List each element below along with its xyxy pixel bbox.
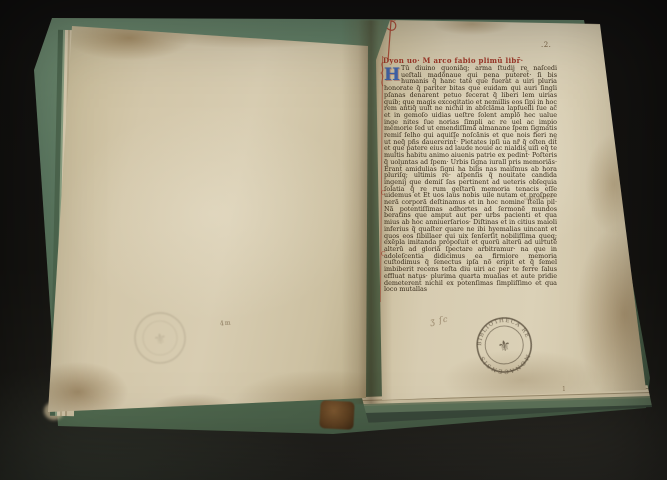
folio-number: .2.: [541, 41, 551, 49]
offset-stamp-ghost: ⚜: [128, 306, 193, 371]
red-ruling-line: [379, 56, 382, 302]
manuscript-body: HTū diuino quoniãq; arma ſtudij re naſce…: [384, 65, 557, 293]
svg-text:⚜: ⚜: [152, 329, 168, 349]
right-page-text: .2. Dyon uo· M arco fabio plimũ libr̃· H…: [372, 14, 648, 404]
corner-signature-mark: 1: [562, 386, 566, 393]
photograph-scene: ⚜ 4m .2. Dyon uo· M arco fabio plimũ lib…: [0, 0, 667, 480]
illuminated-initial: H: [384, 66, 399, 85]
spine-leather: [319, 400, 354, 430]
left-page-blank: ⚜ 4m: [44, 24, 374, 416]
library-stamp: BIBLIOTHECA REGIA MONACENSIS ⚜: [468, 308, 539, 379]
ink-shelfmark: ʒ ſc: [429, 315, 449, 327]
stamp-eagle-ornament: ⚜: [496, 336, 513, 356]
red-capitulum-mark: C: [381, 190, 386, 197]
red-capitulum-mark: C: [381, 251, 386, 258]
manuscript-body-text: Tū diuino quoniãq; arma ſtudij re naſced…: [384, 64, 557, 293]
left-page-inscription: 4m: [220, 319, 232, 327]
